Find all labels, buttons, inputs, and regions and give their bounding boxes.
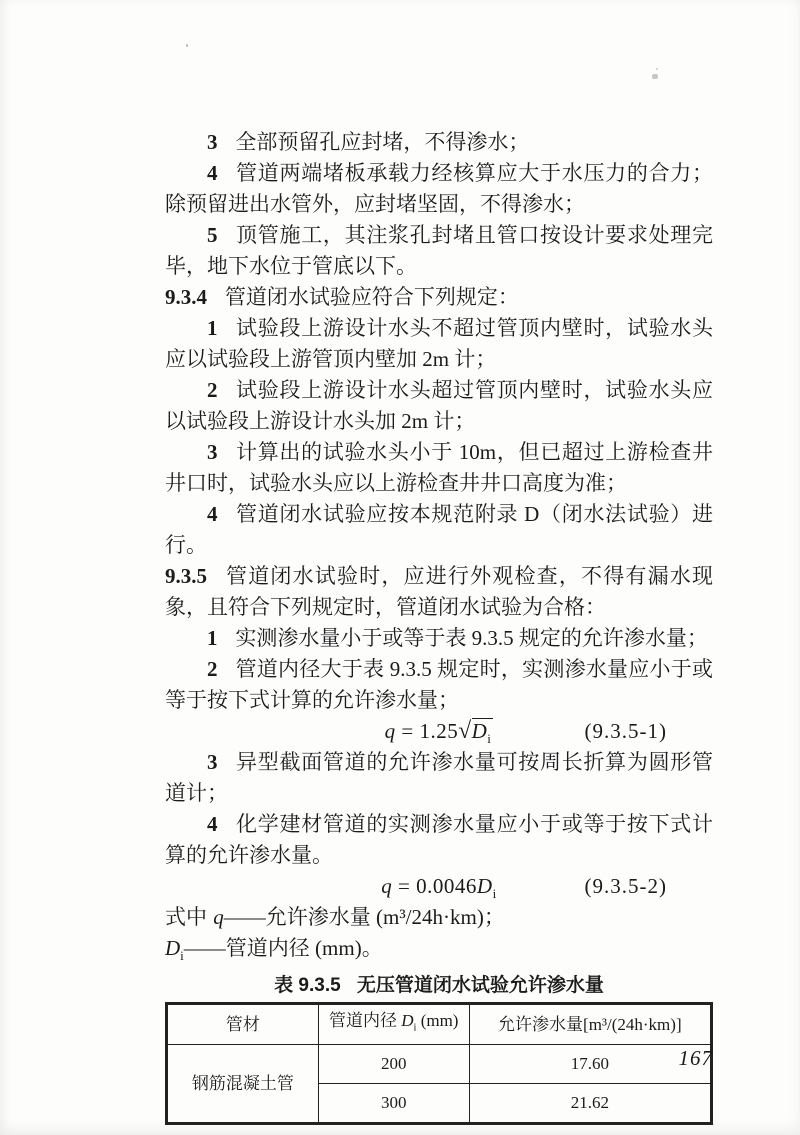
- clause-number: 9.3.4: [165, 285, 207, 309]
- item-text: 管道内径大于表 9.3.5 规定时，实测渗水量应小于或等于按下式计算的允许渗水量…: [165, 657, 713, 712]
- item-text: 化学建材管道的实测渗水量应小于或等于按下式计算的允许渗水量。: [165, 812, 713, 867]
- item-number: 1: [207, 316, 218, 340]
- item-number: 5: [207, 223, 218, 247]
- list-item: 1实测渗水量小于或等于表 9.3.5 规定的允许渗水量；: [165, 623, 713, 654]
- item-text: 试验段上游设计水头超过管顶内壁时，试验水头应以试验段上游设计水头加 2m 计；: [165, 378, 713, 433]
- clause-number: 9.3.5: [165, 564, 207, 588]
- item-number: 2: [207, 378, 218, 402]
- item-text: 实测渗水量小于或等于表 9.3.5 规定的允许渗水量；: [235, 626, 708, 650]
- subscript-i: i: [493, 886, 497, 901]
- equation-math: q = 0.0046Di: [381, 874, 496, 898]
- var-q: q: [381, 874, 392, 898]
- item-number: 1: [207, 626, 218, 650]
- header-unit: (mm): [416, 1011, 458, 1030]
- list-item: 3异型截面管道的允许渗水量可按周长折算为圆形管道计；: [165, 747, 713, 809]
- item-text: 管道闭水试验应按本规范附录 D（闭水法试验）进行。: [165, 502, 713, 557]
- cell-diameter: 300: [318, 1083, 469, 1123]
- item-number: 4: [207, 812, 218, 836]
- var-D: D: [477, 874, 493, 898]
- item-text: 异型截面管道的允许渗水量可按周长折算为圆形管道计；: [165, 750, 713, 805]
- equation-number: (9.3.5-1): [585, 716, 667, 747]
- equation-9-3-5-2: q = 0.0046Di (9.3.5-2): [165, 871, 713, 902]
- item-number: 3: [207, 130, 218, 154]
- coefficient: 1.25: [419, 719, 458, 743]
- equation-math: q = 1.25√Di: [385, 719, 494, 743]
- equals-sign: =: [401, 719, 413, 743]
- item-number: 4: [207, 161, 218, 185]
- subscript-i: i: [487, 731, 491, 746]
- equals-sign: =: [398, 874, 410, 898]
- clause-9-3-4: 9.3.4管道闭水试验应符合下列规定：: [165, 282, 713, 313]
- item-text: 试验段上游设计水头不超过管顶内壁时，试验水头应以试验段上游管顶内壁加 2m 计；: [165, 316, 713, 371]
- equation-number: (9.3.5-2): [585, 871, 667, 902]
- item-number: 2: [207, 657, 218, 681]
- em-dash: ——: [184, 936, 226, 960]
- list-item: 1试验段上游设计水头不超过管顶内壁时，试验水头应以试验段上游管顶内壁加 2m 计…: [165, 313, 713, 375]
- item-text: 顶管施工，其注浆孔封堵且管口按设计要求处理完毕，地下水位于管底以下。: [165, 223, 713, 278]
- scanned-document-page: 3全部预留孔应封堵，不得渗水； 4管道两端堵板承载力经核算应大于水压力的合力；除…: [0, 0, 800, 1135]
- clause-9-3-5: 9.3.5管道闭水试验时，应进行外观检查，不得有漏水现象，且符合下列规定时，管道…: [165, 561, 713, 623]
- item-text: 计算出的试验水头小于 10m，但已超过上游检查井井口时，试验水头应以上游检查井井…: [165, 440, 713, 495]
- var-D: D: [401, 1011, 413, 1030]
- item-text: 管道两端堵板承载力经核算应大于水压力的合力；除预留进出水管外，应封堵坚固，不得渗…: [165, 161, 713, 216]
- clause-text: 管道闭水试验应符合下列规定：: [225, 285, 519, 309]
- item-number: 3: [207, 440, 218, 464]
- list-item: 3全部预留孔应封堵，不得渗水；: [165, 127, 713, 158]
- list-item: 2管道内径大于表 9.3.5 规定时，实测渗水量应小于或等于按下式计算的允许渗水…: [165, 654, 713, 716]
- where-clause-line2: Di——管道内径 (mm)。: [165, 933, 713, 971]
- header-allowable-seepage: 允许渗水量[m³/(24h·km)]: [469, 1004, 711, 1044]
- var-D: D: [165, 936, 180, 960]
- scan-speck: [656, 68, 658, 70]
- var-q: q: [385, 719, 396, 743]
- item-number: 3: [207, 750, 218, 774]
- where-definition: 管道内径 (mm)。: [226, 936, 383, 960]
- list-item: 3计算出的试验水头小于 10m，但已超过上游检查井井口时，试验水头应以上游检查井…: [165, 437, 713, 499]
- item-text: 全部预留孔应封堵，不得渗水；: [235, 130, 529, 154]
- cell-allowance: 21.62: [469, 1083, 711, 1123]
- header-inner-diameter: 管道内径 Di (mm): [318, 1004, 469, 1044]
- list-item: 2试验段上游设计水头超过管顶内壁时，试验水头应以试验段上游设计水头加 2m 计；: [165, 375, 713, 437]
- item-number: 4: [207, 502, 218, 526]
- header-pipe-material: 管材: [167, 1004, 319, 1044]
- document-body: 3全部预留孔应封堵，不得渗水； 4管道两端堵板承载力经核算应大于水压力的合力；除…: [165, 127, 713, 1125]
- var-D: D: [472, 719, 488, 743]
- clause-text: 管道闭水试验时，应进行外观检查，不得有漏水现象，且符合下列规定时，管道闭水试验为…: [165, 564, 713, 619]
- header-text: 管道内径: [329, 1011, 401, 1030]
- where-clause-line1: 式中q——允许渗水量 (m³/24h·km)；: [165, 902, 713, 933]
- table-header-row: 管材 管道内径 Di (mm) 允许渗水量[m³/(24h·km)]: [167, 1004, 712, 1044]
- equation-9-3-5-1: q = 1.25√Di (9.3.5-1): [165, 716, 713, 747]
- where-label: 式中: [165, 905, 207, 929]
- table-title-label: 表 9.3.5: [274, 975, 341, 996]
- page-number: 167: [165, 1046, 725, 1071]
- table-title: 表 9.3.5无压管道闭水试验允许渗水量: [165, 971, 713, 1002]
- radicand: Di: [472, 718, 494, 743]
- table-title-text: 无压管道闭水试验允许渗水量: [357, 975, 604, 996]
- list-item: 5顶管施工，其注浆孔封堵且管口按设计要求处理完毕，地下水位于管底以下。: [165, 220, 713, 282]
- scan-speck: [652, 74, 658, 79]
- list-item: 4管道两端堵板承载力经核算应大于水压力的合力；除预留进出水管外，应封堵坚固，不得…: [165, 158, 713, 220]
- coefficient: 0.0046: [416, 874, 477, 898]
- sqrt-sign: √: [458, 718, 471, 744]
- scan-speck: [186, 44, 188, 47]
- em-dash: ——: [224, 905, 266, 929]
- var-q: q: [213, 905, 224, 929]
- list-item: 4化学建材管道的实测渗水量应小于或等于按下式计算的允许渗水量。: [165, 809, 713, 871]
- list-item: 4管道闭水试验应按本规范附录 D（闭水法试验）进行。: [165, 499, 713, 561]
- where-definition: 允许渗水量 (m³/24h·km)；: [266, 905, 505, 929]
